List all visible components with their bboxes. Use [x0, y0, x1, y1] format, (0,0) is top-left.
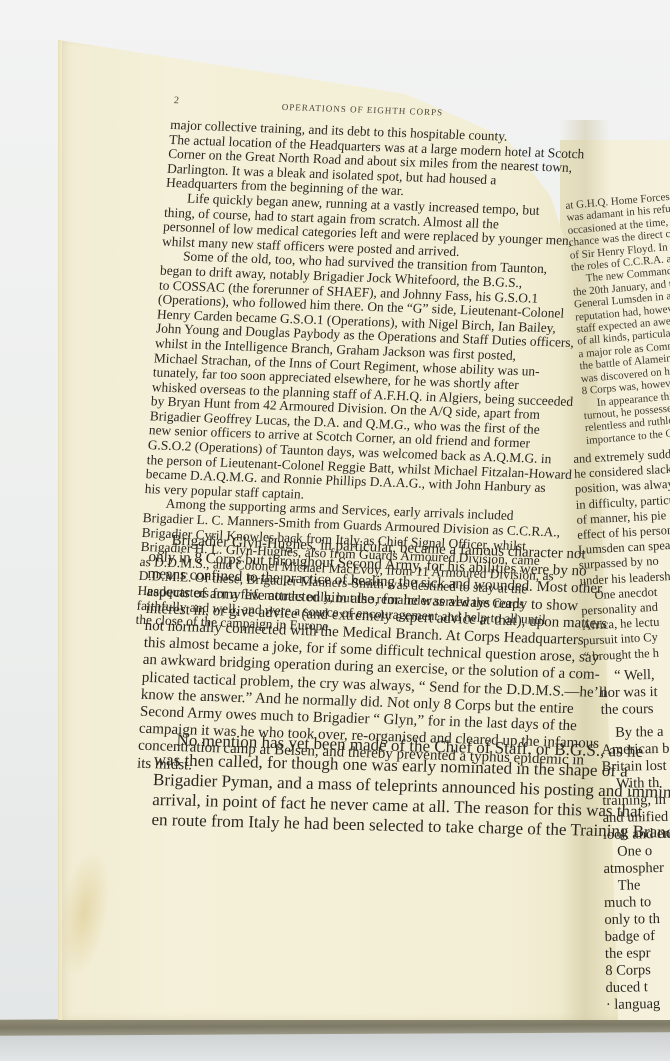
- page-number: 2: [173, 94, 180, 109]
- text-line: the cours: [601, 700, 670, 719]
- right-page-lower-text: “ Well, nor was it the cours By the a Am…: [600, 666, 670, 1014]
- text-line: American ba: [601, 740, 670, 759]
- text-line: and unified: [602, 808, 670, 827]
- text-line: One o: [603, 842, 670, 861]
- text-line: The: [604, 876, 670, 895]
- left-page-edge: [58, 40, 62, 1020]
- text-line: By the a: [601, 723, 670, 742]
- photo-scene: 2 OPERATIONS OF EIGHTH CORPS major colle…: [0, 0, 670, 1061]
- text-line: duced t: [605, 978, 670, 997]
- text-line: · languag: [606, 995, 670, 1014]
- text-line: With th: [602, 774, 670, 793]
- text-line: “ Well,: [600, 666, 670, 685]
- right-page-middle-text: and extremely sudde he considered slack …: [573, 446, 670, 664]
- left-page-lower-text: No mention has yet been made of the Chie…: [151, 730, 615, 841]
- text-line: nor was it: [600, 683, 670, 702]
- text-line: training, in: [602, 791, 670, 810]
- text-line: atmospher: [603, 859, 670, 878]
- text-line: look and en: [603, 825, 670, 844]
- text-line: much to: [604, 893, 670, 912]
- text-line: 8 Corps: [605, 961, 670, 980]
- text-line: only to th: [604, 910, 670, 929]
- text-line: Britain lost: [602, 757, 670, 776]
- text-line: the espr: [605, 944, 670, 963]
- text-line: badge of: [605, 927, 670, 946]
